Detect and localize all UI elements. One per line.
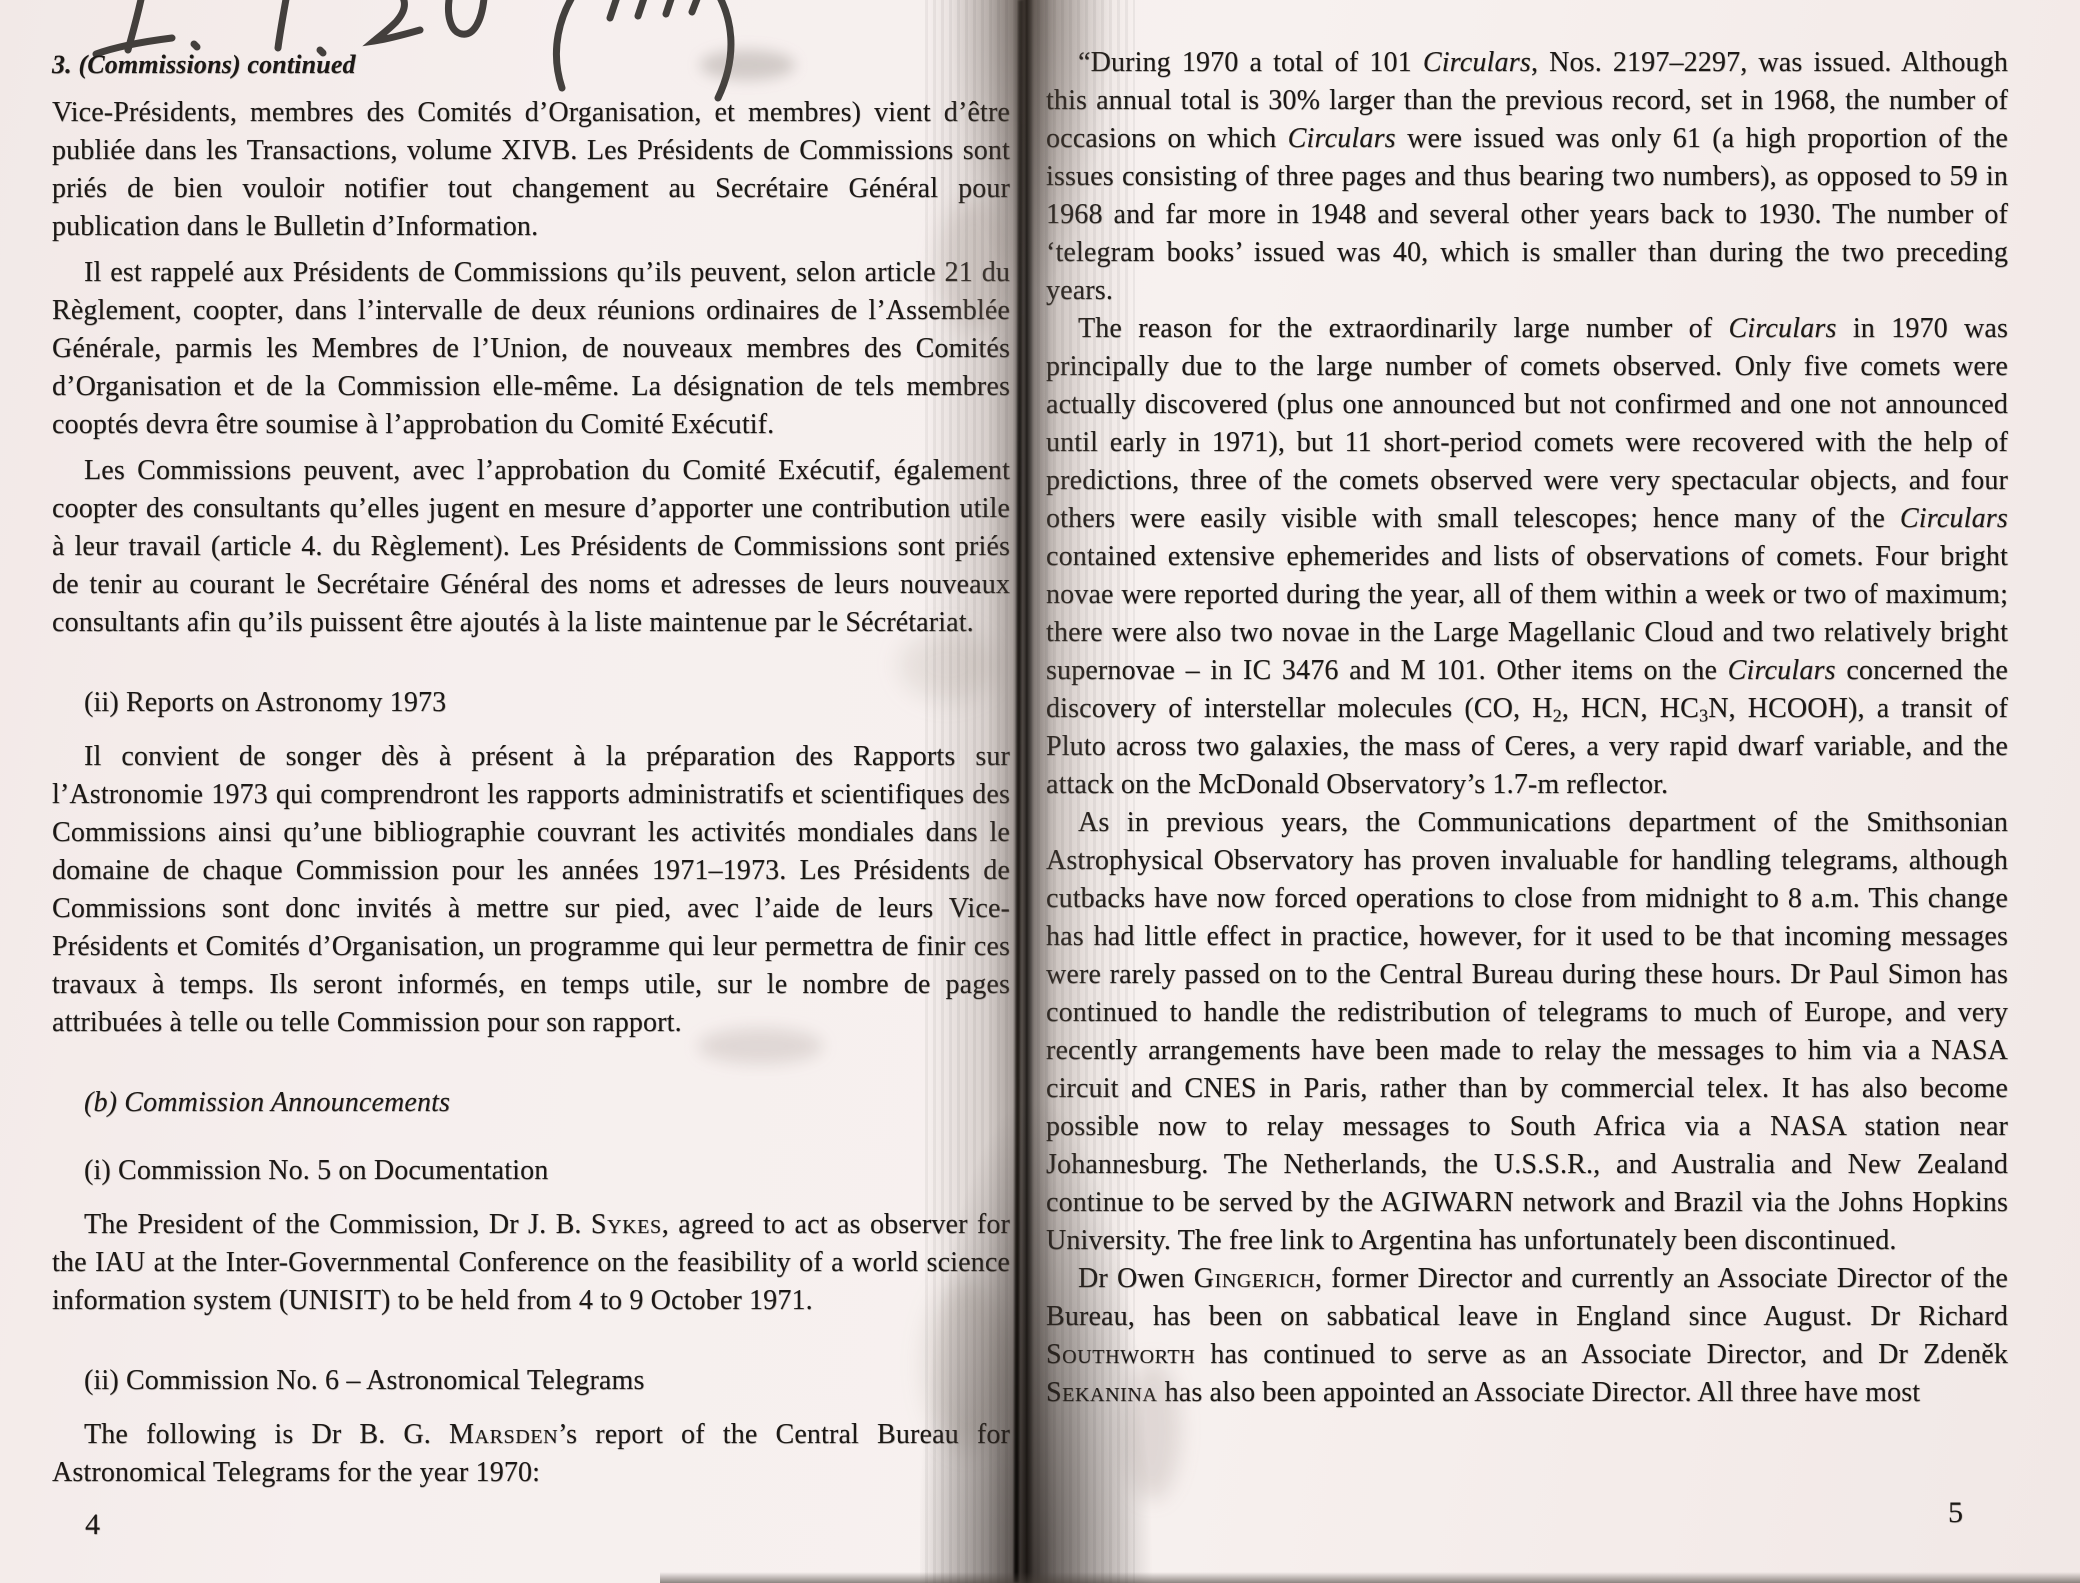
page-number-right: 5 (1948, 1496, 1963, 1530)
left-page-subheading-10: (ii) Commission No. 6 – Astronomical Tel… (52, 1362, 1010, 1400)
right-page-text-column: “During 1970 a total of 101 Circulars, N… (1046, 44, 2008, 1412)
page-number-left: 4 (85, 1508, 100, 1542)
right-page-para-4: Dr Owen Gingerich, former Director and c… (1046, 1260, 2008, 1412)
right-page-para-1: “During 1970 a total of 101 Circulars, N… (1046, 44, 2008, 310)
left-page-para-2: Vice-Présidents, membres des Comités d’O… (52, 94, 1010, 246)
left-page-para-6: Il convient de songer dès à présent à la… (52, 738, 1010, 1042)
left-page-para-9: The President of the Commission, Dr J. B… (52, 1206, 1010, 1320)
left-page-subheading-8: (i) Commission No. 5 on Documentation (52, 1152, 1010, 1190)
left-page-para-3: Il est rappelé aux Présidents de Commiss… (52, 254, 1010, 444)
left-page-text-column: 3. (Commissions) continuedVice-Président… (52, 48, 1010, 1500)
left-page-subheading-italic-7: (b) Commission Announcements (52, 1084, 1010, 1122)
right-page-para-2: The reason for the extraordinarily large… (1046, 310, 2008, 804)
binding-crease-line (1014, 0, 1023, 1583)
book-scan: 3. (Commissions) continuedVice-Président… (0, 0, 2080, 1583)
scan-bottom-edge (660, 1572, 2080, 1583)
left-page-para-11: The following is Dr B. G. Marsden’s repo… (52, 1416, 1010, 1492)
left-page-subheading-5: (ii) Reports on Astronomy 1973 (52, 684, 1010, 722)
left-page-heading-1: 3. (Commissions) continued (52, 48, 1010, 82)
right-page-para-3: As in previous years, the Communications… (1046, 804, 2008, 1260)
left-page-para-4: Les Commissions peuvent, avec l’approbat… (52, 452, 1010, 642)
